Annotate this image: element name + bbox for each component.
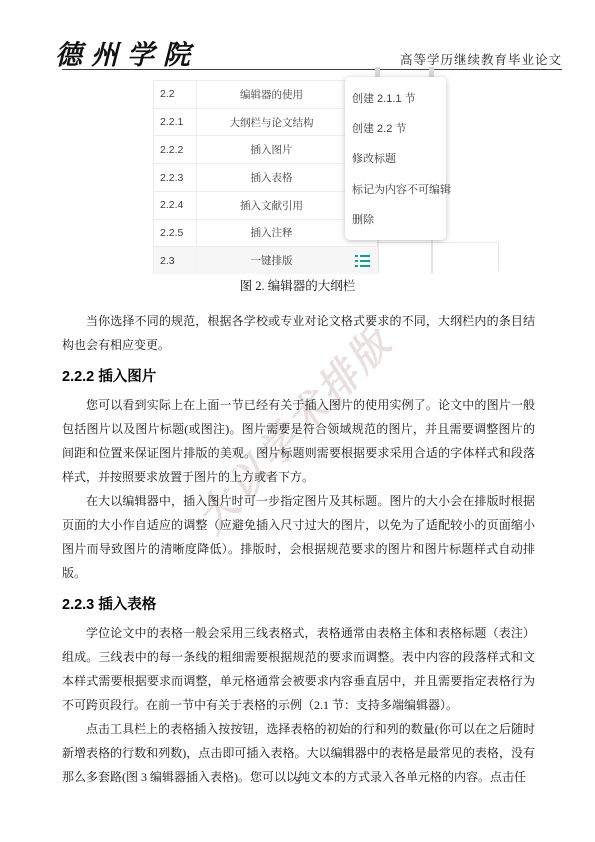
paragraph: 当你选择不同的规范，根据各学校或专业对论文格式要求的不同，大纲栏内的条目结构也会… [62,309,535,357]
paragraph: 您可以看到实际上在上面一节已经有关于插入图片的使用实例了。论文中的图片一般包括图… [62,393,535,489]
section-heading-insert-table: 2.2.3 插入表格 [62,595,535,615]
screenshot-divider-fragment [431,240,433,273]
section-title: 插入表格 [196,164,346,191]
header-running-title: 高等学历继续教育毕业论文 [400,50,562,68]
paragraph: 在大以编辑器中，插入图片时可一步指定图片及其标题。图片的大小会在排版时根据页面的… [62,489,535,585]
section-number: 2.2.2 [154,144,196,156]
list-icon [346,255,378,267]
section-title: 一键排版 [196,247,346,274]
university-logo: 德州学院 [55,33,199,72]
paragraph: 点击工具栏上的表格插入按按钮，选择表格的初始的行和列的数量(你可以在之后随时新增… [62,717,535,789]
menu-item-create-subsection: 创建 2.1.1 节 [345,90,446,106]
body-text-block: 当你选择不同的规范，根据各学校或专业对论文格式要求的不同，大纲栏内的条目结构也会… [62,309,535,789]
paragraph: 学位论文中的表格一般会采用三线表格式，表格通常由表格主体和表格标题（表注）组成。… [62,621,535,717]
screenshot-divider-fragment [498,242,499,271]
menu-item-edit-title: 修改标题 [345,150,446,166]
menu-item-create-section: 创建 2.2 节 [345,120,446,136]
section-number: 2.3 [154,255,196,267]
menu-item-delete: 删除 [345,211,446,227]
screenshot-divider-fragment [429,67,434,77]
section-title: 编辑器的使用 [196,81,346,108]
figure-caption: 图 2. 编辑器的大纲栏 [0,276,595,294]
context-menu-figure: 创建 2.1.1 节 创建 2.2 节 修改标题 标记为内容不可编辑 删除 [345,77,446,240]
section-number: 2.2.3 [154,172,196,184]
menu-item-mark-noneditable: 标记为内容不可编辑 [345,181,446,197]
header-rule [62,69,562,70]
section-number: 2.2 [154,88,196,100]
section-number: 2.2.4 [154,199,196,211]
section-heading-insert-image: 2.2.2 插入图片 [62,367,535,387]
section-title: 插入文献引用 [196,192,346,219]
section-number: 2.2.5 [154,227,196,239]
screenshot-row-line-fragment [377,242,498,243]
section-title: 插入图片 [196,136,346,163]
section-title: 大纲栏与论文结构 [196,109,346,136]
section-title: 插入注释 [196,220,346,247]
section-number: 2.2.1 [154,116,196,128]
document-page: 德州学院 高等学历继续教育毕业论文 2.2 编辑器的使用 2.2.1 大纲栏与论… [0,0,595,842]
screenshot-divider-fragment [375,67,380,77]
outline-row-highlighted: 2.3 一键排版 [154,247,378,274]
